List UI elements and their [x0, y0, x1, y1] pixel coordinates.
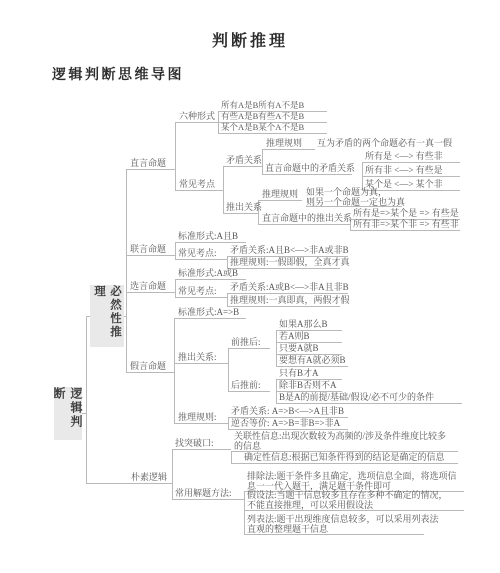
node-maodun-rule-label: 推理规则	[266, 137, 302, 149]
page-title: 判断推理	[0, 28, 500, 51]
node-methods-label: 常用解题方法:	[175, 487, 232, 499]
node-jiayan: 假言命题	[130, 360, 166, 372]
node-forward-label: 前推后:	[231, 336, 261, 348]
node-breakthrough-label: 找突破口:	[175, 437, 214, 449]
node-backward-item: 只有B才A	[279, 367, 319, 379]
node-tuichu-group-label: 直言命题中的推出关系	[262, 212, 352, 224]
node-backward-item: B是A的前提/基础/假设/必不可少的条件	[279, 391, 434, 403]
node-lianyan-standard: 标准形式:A且B	[178, 230, 238, 242]
node-xuanyan-points-label: 常见考点:	[178, 285, 217, 297]
node-maodun-item: 所有非 <—> 有些是	[365, 164, 443, 176]
node-forms-label: 六种形式	[179, 110, 215, 122]
node-backward-label: 后推前:	[231, 379, 261, 391]
node-points-label: 常见考点	[179, 178, 215, 190]
node-tuichu-item: 所有非=>某个非 => 有些非	[353, 218, 459, 230]
node-root: 逻辑判断	[54, 387, 82, 440]
rule-text-line1: 如果一个命题为真，	[306, 187, 405, 197]
node-tuichu-rule-label: 推理规则	[262, 188, 298, 200]
node-maodun-group-label: 直言命题中的矛盾关系	[265, 162, 355, 174]
node-form-item: 某个A是B某个A不是B	[221, 121, 304, 133]
node-jiayan-maodun: 矛盾关系: A=>B<—>A且非B	[231, 405, 344, 417]
node-jiayan-tuichu-label: 推出关系:	[178, 351, 217, 363]
node-naive: 朴素逻辑	[131, 471, 167, 483]
rule-text-line2: 则另一个命题一定也为真	[306, 197, 405, 207]
node-forward-item: 只要A就B	[279, 342, 319, 354]
node-xuanyan-standard: 标准形式:A或B	[178, 267, 238, 279]
node-tuichu-rule-text: 如果一个命题为真， 则另一个命题一定也为真	[306, 187, 405, 207]
node-jiashe: 假设法:当题干信息较多且存在多种不确定的情况，不能直接推理，可以采用假设法	[247, 490, 453, 510]
node-lianyan: 联言命题	[130, 243, 166, 255]
node-forward-item: 若A则B	[279, 330, 310, 342]
node-tuichu-label: 推出关系	[226, 201, 262, 213]
node-queding: 确定性信息:根据已知条件得到的结论是确定的信息	[244, 451, 445, 463]
node-xuanyan-maodun: 矛盾关系:A或B<—>非A且非B	[230, 281, 349, 293]
node-forward-item: 要想有A就必须B	[279, 354, 346, 366]
node-lianyan-points-label: 常见考点:	[178, 247, 217, 259]
node-forward-item: 如果A那么B	[279, 318, 328, 330]
node-lianyan-maodun: 矛盾关系:A且B<—>非A或非B	[230, 244, 349, 256]
node-necessity: 必然性推理	[90, 285, 124, 347]
node-paichu: 排除法:题干条件多且确定，选项信息全面，将选项信息一一代入题干，满足题干条件即可	[247, 471, 460, 491]
node-jiayan-rule-label: 推理规则:	[178, 411, 217, 423]
node-jiayan-standard: 标准形式:A=>B	[178, 306, 239, 318]
node-liebiao: 列表法:题干出现维度信息较多，可以采用列表法直观的整理题干信息	[247, 514, 442, 534]
node-jiayan-nifu: 逆否等价: A=>B=非B=>非A	[231, 417, 340, 429]
node-maodun-item: 所有是 <—> 有些非	[365, 150, 443, 162]
node-xuanyan: 选言命题	[130, 280, 166, 292]
node-guanlian: 关联性信息:出现次数较为高频的/涉及条件维度比较多的信息	[234, 431, 454, 451]
node-zhiyan: 直言命题	[130, 157, 166, 169]
mindmap-page: 判断推理 逻辑判断思维导图 逻辑判断 必然性推理 直言命题 六种形式 所有A是B…	[0, 0, 500, 573]
node-maodun-label: 矛盾关系	[226, 154, 262, 166]
node-backward-item: 除非B否则不A	[279, 379, 337, 391]
node-maodun-rule-text: 互为矛盾的两个命题必有一真一假	[317, 137, 452, 149]
node-xuanyan-rule: 推理规则:一真即真，两假才假	[230, 294, 350, 306]
page-subtitle: 逻辑判断思维导图	[52, 64, 184, 84]
node-lianyan-rule: 推理规则:一假即假，全真才真	[230, 256, 350, 268]
